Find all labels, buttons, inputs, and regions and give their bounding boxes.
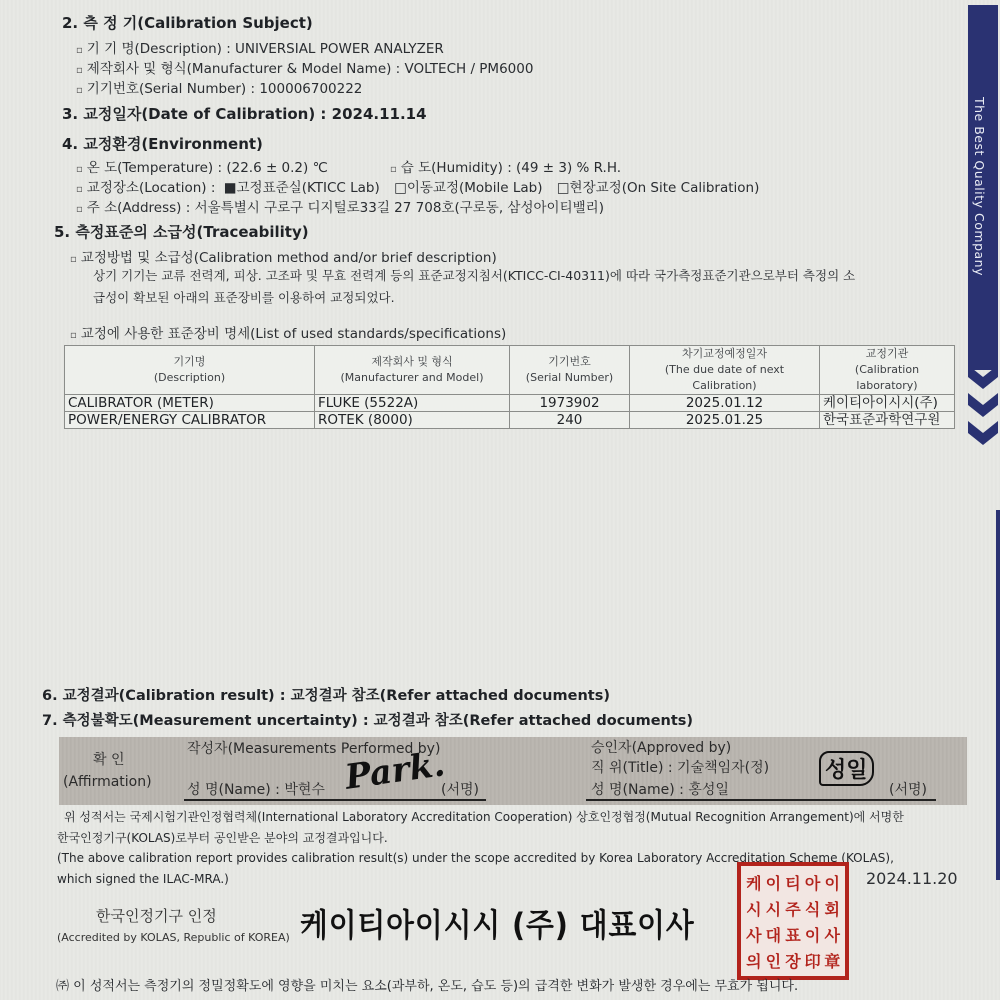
seal-glyph: 주	[783, 895, 803, 921]
ribbon-slogan: The Best Quality Company	[972, 97, 987, 276]
header-serial: 기기번호(Serial Number)	[510, 346, 630, 395]
address: ▫주 소(Address) : 서울특별시 구로구 디지털로33길 27 708…	[76, 196, 604, 216]
affirmation-label-en: (Affirmation)	[63, 774, 152, 790]
table-row: POWER/ENERGY CALIBRATOR ROTEK (8000) 240…	[65, 412, 955, 429]
approver-sign-mark: (서명)	[889, 779, 927, 799]
performer-sign-mark: (서명)	[441, 779, 479, 799]
seal-glyph: 印	[803, 947, 823, 973]
calibration-result: 6. 교정결과(Calibration result) : 교정결과 참조(Re…	[42, 684, 610, 705]
validity-footnote: ㈜ 이 성적서는 측정기의 정밀정확도에 영향을 미치는 요소(과부하, 온도,…	[56, 975, 798, 994]
cell-due-date: 2025.01.12	[630, 395, 820, 412]
location-checkbox-ktcc: ■	[224, 180, 237, 196]
header-manufacturer: 제작회사 및 형식(Manufacturer and Model)	[315, 346, 510, 395]
kolas-accreditation-en: (Accredited by KOLAS, Republic of KOREA)	[57, 931, 290, 944]
location: ▫교정장소(Location) : ■고정표준실(KTICC Lab) □이동교…	[76, 176, 759, 196]
humidity: ▫습 도(Humidity) : (49 ± 3) % R.H.	[390, 156, 621, 176]
cell-manufacturer: FLUKE (5522A)	[315, 395, 510, 412]
seal-glyph: 대	[764, 921, 784, 947]
certificate-page: 2. 측 정 기(Calibration Subject) ▫기 기 명(Des…	[0, 0, 1000, 1000]
table-header-row: 기기명(Description) 제작회사 및 형식(Manufacturer …	[65, 346, 955, 395]
chevron-down-icon	[968, 393, 998, 417]
ribbon-lower-bar	[996, 510, 1000, 880]
standards-list-label: ▫교정에 사용한 표준장비 명세(List of used standards/…	[70, 322, 506, 342]
cell-description: CALIBRATOR (METER)	[65, 395, 315, 412]
seal-glyph: 시	[764, 895, 784, 921]
seal-glyph: 인	[764, 947, 784, 973]
cell-description: POWER/ENERGY CALIBRATOR	[65, 412, 315, 429]
seal-glyph: 사	[822, 921, 842, 947]
seal-glyph: 회	[822, 895, 842, 921]
seal-glyph: 章	[822, 947, 842, 973]
approver-signature: 성일	[819, 751, 874, 786]
cell-serial: 240	[510, 412, 630, 429]
seal-glyph: 의	[744, 947, 764, 973]
method-line-1: 상기 기기는 교류 전력계, 피상. 고조파 및 무효 전력계 등의 표준교정지…	[93, 266, 855, 284]
method-line-2: 급성이 확보된 아래의 표준장비를 이용하여 교정되었다.	[93, 288, 395, 306]
location-checkbox-mobile: □	[394, 180, 407, 196]
issue-date: 2024.11.20	[866, 869, 958, 888]
cell-serial: 1973902	[510, 395, 630, 412]
approver-position: 직 위(Title) : 기술책임자(정)	[591, 757, 769, 777]
section-4-title: 4. 교정환경(Environment)	[62, 133, 263, 154]
chevron-down-icon	[968, 421, 998, 445]
affirmation-box: 확 인 (Affirmation) 작성자(Measurements Perfo…	[59, 737, 967, 805]
seal-glyph: 표	[783, 921, 803, 947]
section-5-title: 5. 측정표준의 소급성(Traceability)	[54, 221, 309, 242]
device-manufacturer: ▫제작회사 및 형식(Manufacturer & Model Name) : …	[76, 57, 533, 77]
affirmation-label: 확 인	[93, 749, 125, 769]
table-row: CALIBRATOR (METER) FLUKE (5522A) 1973902…	[65, 395, 955, 412]
approver-title: 승인자(Approved by)	[591, 737, 731, 757]
performer-sign-line	[184, 799, 486, 801]
ilac-note-line-2: 한국인정기구(KOLAS)로부터 공인받은 분야의 교정결과입니다.	[57, 829, 388, 846]
ceo-title: 케이티아이시시 (주) 대표이사	[300, 900, 695, 946]
kolas-accreditation: 한국인정기구 인정	[96, 905, 217, 926]
seal-glyph: 식	[803, 895, 823, 921]
seal-glyph: 케	[744, 869, 764, 895]
seal-glyph: 시	[744, 895, 764, 921]
ilac-note-line-1: 위 성적서는 국제시험기관인정협력체(International Laborat…	[64, 808, 904, 825]
location-checkbox-onsite: □	[557, 180, 570, 196]
performer-name: 성 명(Name) : 박현수	[187, 779, 325, 799]
seal-glyph: 이	[764, 869, 784, 895]
side-ribbon: The Best Quality Company	[968, 5, 1000, 995]
seal-glyph: 사	[744, 921, 764, 947]
seal-glyph: 이	[803, 921, 823, 947]
approver-sign-line	[586, 799, 936, 801]
header-due-date: 차기교정예정일자(The due date of next Calibratio…	[630, 346, 820, 395]
seal-glyph: 장	[783, 947, 803, 973]
device-description: ▫기 기 명(Description) : UNIVERSIAL POWER A…	[76, 37, 444, 57]
cell-laboratory: 케이티아이시시(주)	[820, 395, 955, 412]
approver-name: 성 명(Name) : 홍성일	[591, 779, 729, 799]
calibration-date: 3. 교정일자(Date of Calibration) : 2024.11.1…	[62, 103, 427, 124]
device-serial: ▫기기번호(Serial Number) : 100006700222	[76, 77, 362, 97]
cell-due-date: 2025.01.25	[630, 412, 820, 429]
measurement-uncertainty: 7. 측정불확도(Measurement uncertainty) : 교정결과…	[42, 709, 693, 730]
temperature: ▫온 도(Temperature) : (22.6 ± 0.2) ℃	[76, 156, 328, 176]
header-description: 기기명(Description)	[65, 346, 315, 395]
ilac-note-line-4: which signed the ILAC-MRA.)	[57, 872, 229, 886]
method-label: ▫교정방법 및 소급성(Calibration method and/or br…	[70, 246, 497, 266]
cell-laboratory: 한국표준과학연구원	[820, 412, 955, 429]
company-seal-stamp: 케이티아이시시주식회사대표이사의인장印章	[737, 862, 849, 980]
standards-table: 기기명(Description) 제작회사 및 형식(Manufacturer …	[64, 345, 955, 429]
seal-glyph: 아	[803, 869, 823, 895]
cell-manufacturer: ROTEK (8000)	[315, 412, 510, 429]
seal-glyph: 티	[783, 869, 803, 895]
seal-glyph: 이	[822, 869, 842, 895]
section-2-title: 2. 측 정 기(Calibration Subject)	[62, 12, 313, 33]
header-laboratory: 교정기관(Calibration laboratory)	[820, 346, 955, 395]
